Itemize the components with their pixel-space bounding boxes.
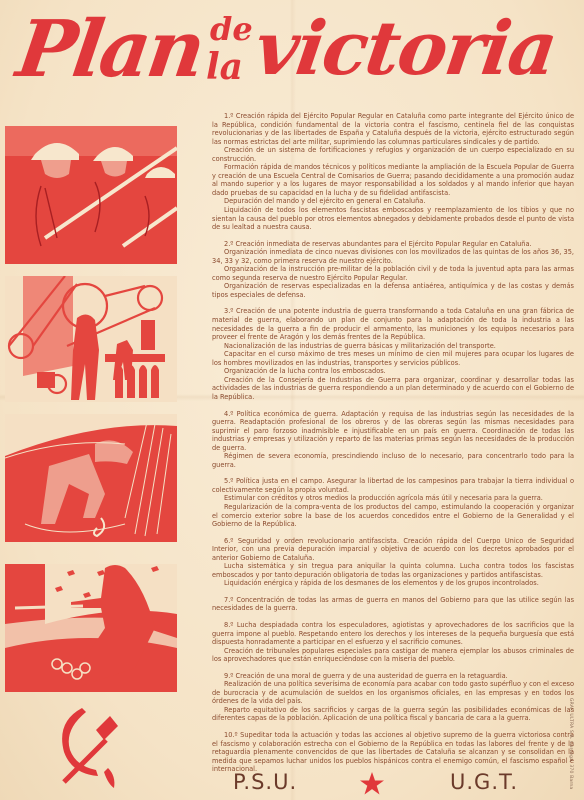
point-paragraph: Creación de un sistema de fortificacione…	[212, 146, 574, 163]
point-spacer	[212, 469, 574, 477]
plan-points: 1.º Creación rápida del Ejército Popular…	[212, 112, 574, 774]
point-spacer	[212, 529, 574, 537]
ugt-label: U.G.T.	[450, 770, 518, 794]
point-paragraph: 7.º Concentración de todas las armas de …	[212, 596, 574, 613]
farmer-harvesting-icon	[5, 414, 177, 542]
plan-point-3: 3.º Creación de una potente industria de…	[212, 307, 574, 401]
plan-point-8: 8.º Lucha despiadada contra los especula…	[212, 621, 574, 664]
point-paragraph: Creación de la Consejería de Industrias …	[212, 376, 574, 402]
printer-credit: GRAF. ULTRA S.A. Corcega, 370 Barna	[568, 698, 573, 789]
point-spacer	[212, 232, 574, 240]
psu-label: P.S.U.	[233, 770, 297, 794]
point-spacer	[212, 613, 574, 621]
point-paragraph: 8.º Lucha despiadada contra los especula…	[212, 621, 574, 647]
title-word-victoria: victoria	[250, 6, 561, 92]
title-word-la: la	[206, 46, 243, 88]
point-spacer	[212, 664, 574, 672]
point-paragraph: Liquidación de todos los elementos fasci…	[212, 206, 574, 232]
soldiers-with-rifles-icon	[5, 126, 177, 264]
star-icon	[360, 772, 384, 799]
point-paragraph: Creación de tribunales populares especia…	[212, 647, 574, 664]
point-paragraph: Lucha sistemática y sin tregua para aniq…	[212, 562, 574, 579]
militia-woman-battle-icon	[5, 564, 177, 692]
point-paragraph: Regularización de la compra-venta de los…	[212, 503, 574, 529]
point-spacer	[212, 723, 574, 731]
point-paragraph: Organización de la lucha contra los embo…	[212, 367, 574, 376]
plan-point-6: 6.º Seguridad y orden revolucionario ant…	[212, 537, 574, 588]
plan-point-1: 1.º Creación rápida del Ejército Popular…	[212, 112, 574, 232]
point-spacer	[212, 588, 574, 596]
point-paragraph: 6.º Seguridad y orden revolucionario ant…	[212, 537, 574, 563]
plan-point-2: 2.º Creación inmediata de reservas abund…	[212, 240, 574, 300]
point-paragraph: Organización inmediata de cinco nuevas d…	[212, 248, 574, 265]
point-paragraph: Formación rápida de mandos técnicos y po…	[212, 163, 574, 197]
point-spacer	[212, 402, 574, 410]
point-paragraph: 3.º Creación de una potente industria de…	[212, 307, 574, 341]
point-paragraph: Realización de una política severísima d…	[212, 680, 574, 706]
point-paragraph: Estimular con créditos y otros medios la…	[212, 494, 574, 503]
point-paragraph: Nacionalización de las industrias de gue…	[212, 342, 574, 351]
point-paragraph: Reparto equitativo de los sacrificios y …	[212, 706, 574, 723]
point-paragraph: 4.º Política económica de guerra. Adapta…	[212, 410, 574, 453]
plan-point-9: 9.º Creación de una moral de guerra y de…	[212, 672, 574, 723]
point-paragraph: Organización de reservas especializadas …	[212, 282, 574, 299]
point-paragraph: 5.º Política justa en el campo. Asegurar…	[212, 477, 574, 494]
point-paragraph: Capacitar en el curso máximo de tres mes…	[212, 350, 574, 367]
point-paragraph: Organización de la instrucción pre-milit…	[212, 265, 574, 282]
poster-title: Plan de la victoria	[0, 0, 584, 110]
point-paragraph: 2.º Creación inmediata de reservas abund…	[212, 240, 574, 249]
point-paragraph: Depuración del mando y del ejército en g…	[212, 197, 574, 206]
point-paragraph: Liquidación enérgica y rápida de los des…	[212, 579, 574, 588]
title-word-plan: Plan	[12, 4, 208, 95]
poster-footer: P.S.U. U.G.T.	[0, 768, 584, 800]
factory-workers-icon	[5, 276, 177, 402]
point-paragraph: 1.º Creación rápida del Ejército Popular…	[212, 112, 574, 146]
title-word-de: de	[210, 10, 253, 48]
point-paragraph: 9.º Creación de una moral de guerra y de…	[212, 672, 574, 681]
point-spacer	[212, 299, 574, 307]
point-paragraph: Régimen de severa economía, prescindiend…	[212, 452, 574, 469]
plan-point-5: 5.º Política justa en el campo. Asegurar…	[212, 477, 574, 528]
plan-point-7: 7.º Concentración de todas las armas de …	[212, 596, 574, 613]
plan-point-4: 4.º Política económica de guerra. Adapta…	[212, 410, 574, 470]
